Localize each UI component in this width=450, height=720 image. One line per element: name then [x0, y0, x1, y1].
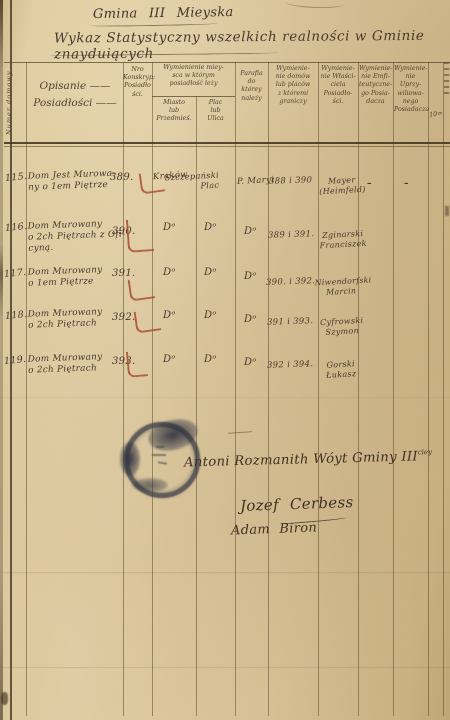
- column-header-numer-domowy: Numer domowy: [5, 66, 22, 140]
- column-header-parafia: Parafia do którey należy: [236, 70, 267, 103]
- cell-granice: 392 i 394.: [267, 359, 314, 371]
- grid-line: [4, 146, 450, 147]
- cell-plac: Dᵒ: [204, 267, 216, 278]
- grid-line: [318, 62, 319, 716]
- left-page-edge: [0, 0, 3, 720]
- signature-clerk1: Jozef Cerbess: [240, 493, 354, 515]
- cell-plac: Dᵒ: [204, 310, 216, 321]
- grid-line: [4, 142, 450, 144]
- cell-plac: Dᵒ: [204, 222, 216, 233]
- cell-konskrypcyjny-number: 389.: [110, 172, 133, 183]
- bottom-left-ink-speck: [1, 692, 8, 705]
- stamp-smudge: [132, 478, 168, 492]
- signature-wojt: Antoni Rozmanith Wóyt Gminy IIIciey: [184, 448, 450, 471]
- cell-wlasciciel: Niwendorfski Marcin: [315, 276, 368, 298]
- page-title: Wykaz Statystyczny wszelkich realności w…: [54, 28, 450, 63]
- grid-line: [268, 62, 269, 716]
- cell-wlasciciel: Gorski Łukasz: [317, 359, 366, 381]
- cell-konskrypcyjny-number: 391.: [112, 268, 135, 279]
- red-check-mark: [126, 350, 148, 378]
- cell-wlasciciel: Cyfrowski Szymon: [317, 316, 368, 339]
- cell-house-number: 117.: [3, 267, 26, 280]
- cell-wlasciciel: Zginarski Franciszek: [319, 229, 368, 251]
- grid-line: [393, 62, 394, 716]
- stamp-smudge: [120, 442, 140, 476]
- grid-line: [152, 62, 153, 716]
- cell-parafia: Dᵒ: [244, 271, 256, 282]
- signature-dash: [228, 431, 252, 434]
- cell-parafia: Dᵒ: [244, 226, 256, 237]
- column-header-plac: Plac lub Ulica: [197, 99, 234, 124]
- cell-miasto: Dᵒ: [163, 267, 175, 278]
- cell-miasto: Dᵒ: [163, 222, 175, 233]
- column-header-uprzywilejowany: Wymienie- nie Uprzy- wiliowa- nego Posia…: [394, 65, 427, 114]
- cell-miasto: Dᵒ: [163, 310, 175, 321]
- grid-line: [123, 62, 124, 716]
- paper-crease: [0, 397, 450, 399]
- cell-wlasciciel: Mayer (Heimfeld): [319, 175, 366, 197]
- right-edge-cut-mark-2: [445, 206, 449, 216]
- cell-granice: 391 i 393.: [267, 316, 314, 328]
- cell-parafia: Dᵒ: [244, 357, 256, 368]
- cell-plac: Szczepański Plac: [165, 170, 220, 193]
- grid-line: [443, 62, 444, 716]
- grid-line: [26, 62, 27, 716]
- cell-granice: 390. i 392.: [266, 276, 316, 288]
- cell-house-number: 115.: [4, 171, 27, 184]
- grid-line: [428, 62, 429, 716]
- grid-line: [4, 62, 450, 63]
- cell-granice: 388 i 390: [269, 175, 313, 187]
- column-header-emfiteutyczny: Wymienie- nie Emfi- teutyczne- go Posia-…: [359, 65, 392, 106]
- column-header-wlasciciel: Wymienie- nie Właści- ciela Posiadło- śc…: [319, 65, 357, 106]
- cell-house-number: 118.: [5, 309, 28, 322]
- stamp-center-mark: [152, 454, 166, 456]
- grid-line: [358, 62, 359, 716]
- grid-line: [152, 96, 235, 97]
- column-header-numer-konskrypcyjny: Nro Konskryp: Posiadło ści.: [123, 66, 152, 99]
- column-header-miasto: Miasto lub Przedmieś.: [153, 99, 195, 124]
- signature-clerk2: Adam Biron: [231, 521, 318, 539]
- signature-wojt-text: Antoni Rozmanith Wóyt Gminy III: [184, 449, 418, 470]
- cell-miasto: Dᵒ: [163, 354, 175, 365]
- grid-line: [235, 62, 236, 716]
- cell-house-number: 116.: [5, 221, 28, 234]
- gmina-heading: Gmina III Mieyska: [93, 5, 234, 22]
- cell-house-number: 119.: [3, 354, 26, 367]
- red-check-mark: [128, 276, 156, 301]
- cell-granice: 389 i 391.: [268, 229, 315, 241]
- cell-konskrypcyjny-number: 392.: [112, 312, 135, 323]
- red-check-mark: [126, 218, 154, 253]
- cell-uprzywilejowany: –: [404, 179, 409, 189]
- signature-wojt-suffix: ciey: [418, 448, 432, 456]
- column-header-opisanie: Opisanie —— Posiadłości ——: [28, 78, 122, 112]
- right-edge-cut-marks: [444, 62, 449, 96]
- paper-crease: [0, 572, 450, 574]
- stamp-center-mark: [156, 446, 164, 448]
- cell-parafia: Dᵒ: [244, 314, 256, 325]
- document-page: Gmina III Mieyska Wykaz Statystyczny wsz…: [0, 0, 450, 720]
- column-header-mieysce-group: Wymienienie miey- sca w którym posiadłoś…: [153, 64, 234, 89]
- red-check-mark: [134, 308, 162, 333]
- top-right-pencil-squiggle: [286, 0, 344, 9]
- paper-crease: [0, 667, 450, 669]
- column-header-granice: Wymienie- nie domów lub placów z któremi…: [269, 65, 317, 106]
- cell-plac: Dᵒ: [204, 354, 216, 365]
- cell-emfiteutyczny: –: [367, 179, 372, 189]
- gmina-underline: [90, 22, 218, 27]
